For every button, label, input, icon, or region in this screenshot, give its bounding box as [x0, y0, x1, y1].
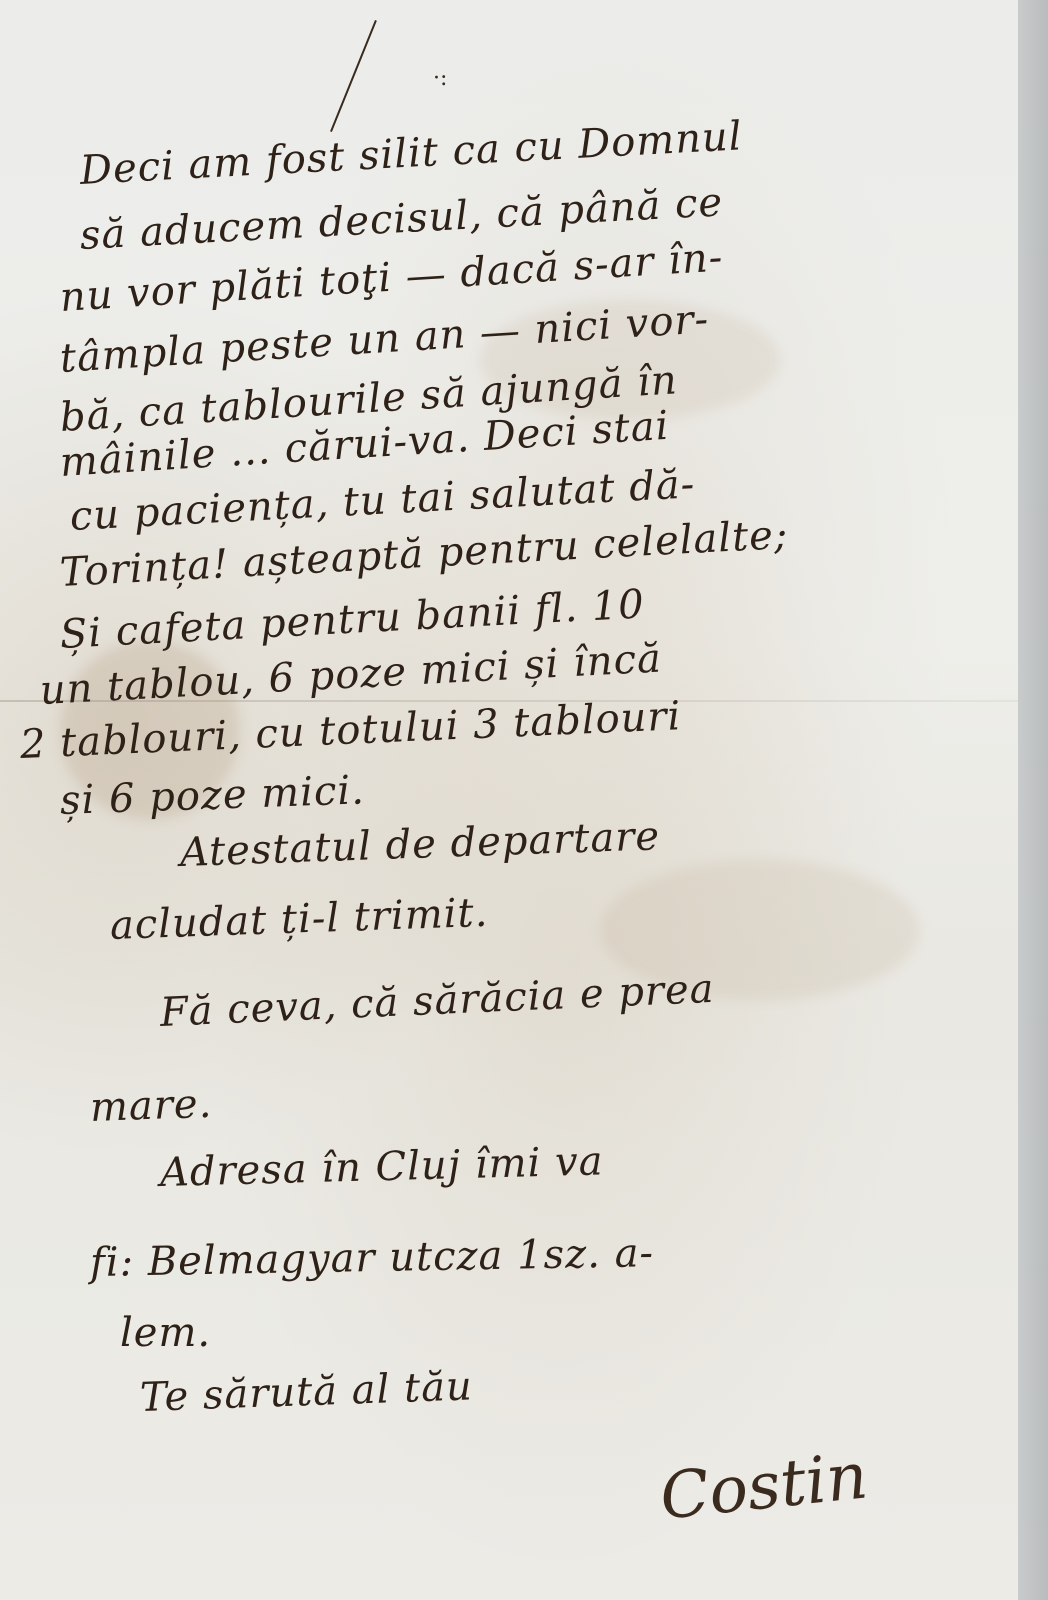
letter-line: și 6 poze mici. [59, 767, 365, 824]
signature: Costin [657, 1439, 871, 1534]
letter-line: Fă ceva, că sărăcia e prea [159, 966, 715, 1036]
closing-line: Te sărută al tău [139, 1363, 473, 1421]
letter-page: ·: Deci am fost silit ca cu Domnul să ad… [0, 0, 1018, 1600]
page-marker-stroke [330, 20, 377, 132]
letter-line: Atestatul de departare [179, 813, 661, 876]
letter-line: Adresa în Cluj îmi va [159, 1138, 604, 1196]
letter-line: mare. [89, 1081, 213, 1131]
page-marker: ·: [433, 66, 447, 91]
letter-line: Deci am fost silit ca cu Domnul [79, 113, 744, 194]
letter-line: fi: Belmagyar utcza 1sz. a- [90, 1230, 655, 1286]
letter-line: acludat ți-l trimit. [109, 890, 489, 949]
letter-line: lem. [120, 1310, 211, 1356]
background-surface [1018, 0, 1048, 1600]
